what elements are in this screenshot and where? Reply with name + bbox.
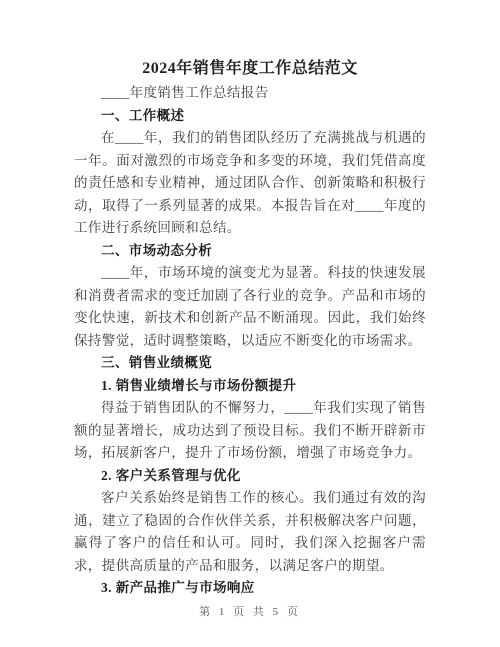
paragraph-customer-relations: 客户关系始终是销售工作的核心。我们通过有效的沟通，建立了稳固的合作伙伴关系，并积… [74, 487, 426, 577]
document-page: 2024年销售年度工作总结范文 ____年度销售工作总结报告 一、工作概述 在_… [0, 0, 500, 647]
document-subtitle: ____年度销售工作总结报告 [74, 82, 426, 105]
page-footer: 第 1 页 共 5 页 [0, 602, 500, 620]
subheading-customer-relations: 2. 客户关系管理与优化 [74, 465, 426, 488]
subheading-sales-growth: 1. 销售业绩增长与市场份额提升 [74, 375, 426, 398]
section-heading-work-overview: 一、工作概述 [74, 105, 426, 128]
paragraph-market-analysis: ____年，市场环境的演变尤为显著。科技的快速发展和消费者需求的变迁加剧了各行业… [74, 262, 426, 352]
section-heading-sales-performance: 三、销售业绩概览 [74, 352, 426, 375]
section-heading-market-analysis: 二、市场动态分析 [74, 240, 426, 263]
document-title: 2024年销售年度工作总结范文 [74, 55, 426, 82]
document-content: 2024年销售年度工作总结范文 ____年度销售工作总结报告 一、工作概述 在_… [0, 0, 500, 600]
paragraph-sales-growth: 得益于销售团队的不懈努力，____年我们实现了销售额的显著增长，成功达到了预设目… [74, 397, 426, 465]
subheading-new-product-promotion: 3. 新产品推广与市场响应 [74, 577, 426, 600]
paragraph-work-overview: 在____年，我们的销售团队经历了充满挑战与机遇的一年。面对激烈的市场竞争和多变… [74, 127, 426, 240]
page-number-indicator: 第 1 页 共 5 页 [199, 606, 301, 618]
